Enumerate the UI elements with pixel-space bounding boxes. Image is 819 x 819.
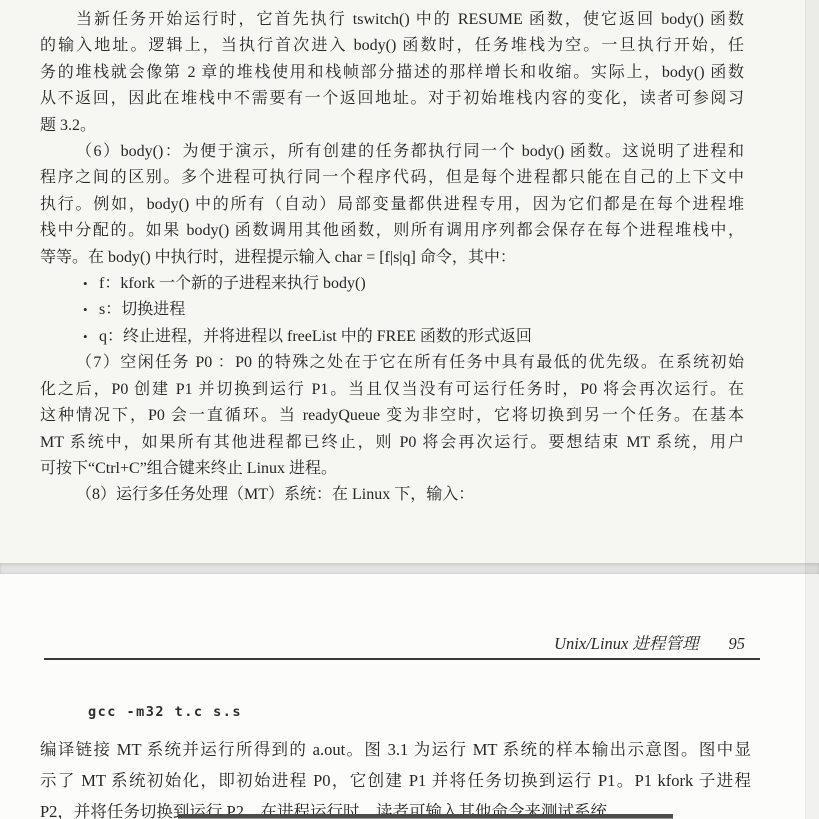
document-viewer: 当新任务开始运行时，它首先执行 tswitch() 中的 RESUME 函数，使… xyxy=(0,0,819,819)
bullet-icon: • xyxy=(83,324,99,350)
bullet-text: s：切换进程 xyxy=(99,297,185,323)
page-gap xyxy=(0,563,819,574)
book-page-95-fragment: Unix/Linux 进程管理 95 gcc -m32 t.c s.s 编译链接… xyxy=(0,574,819,819)
paragraph-compile-link: 编译链接 MT 系统并运行所得到的 a.out。图 3.1 为运行 MT 系统的… xyxy=(40,734,751,819)
paragraph-task-run: 当新任务开始运行时，它首先执行 tswitch() 中的 RESUME 函数，使… xyxy=(40,7,744,139)
book-page-top-fragment: 当新任务开始运行时，它首先执行 tswitch() 中的 RESUME 函数，使… xyxy=(0,0,819,563)
command-bullet-list: • f：kfork 一个新的子进程来执行 body() • s：切换进程 • q… xyxy=(40,271,744,350)
figure-top-border xyxy=(178,814,673,819)
header-rule xyxy=(44,658,760,660)
bullet-text: q：终止进程，并将进程以 freeList 中的 FREE 函数的形式返回 xyxy=(99,324,532,350)
paragraph-item-8-run-mt: （8）运行多任务处理（MT）系统：在 Linux 下，输入： xyxy=(40,482,744,508)
bullet-text: f：kfork 一个新的子进程来执行 body() xyxy=(99,271,366,297)
paragraph-item-6-body: （6）body()：为便于演示，所有创建的任务都执行同一个 body() 函数。… xyxy=(40,139,744,271)
bullet-item-s: • s：切换进程 xyxy=(83,297,744,323)
code-command-gcc: gcc -m32 t.c s.s xyxy=(88,704,751,720)
running-header: Unix/Linux 进程管理 95 xyxy=(40,574,745,654)
bullet-item-q: • q：终止进程，并将进程以 freeList 中的 FREE 函数的形式返回 xyxy=(83,324,744,350)
bullet-icon: • xyxy=(83,297,99,323)
page-number: 95 xyxy=(729,634,746,654)
bullet-item-f: • f：kfork 一个新的子进程来执行 body() xyxy=(83,271,744,297)
bullet-icon: • xyxy=(83,271,99,297)
running-header-title: Unix/Linux 进程管理 xyxy=(554,634,698,654)
paragraph-item-7-idle-task: （7）空闲任务 P0 ：P0 的特殊之处在于它在所有任务中具有最低的优先级。在系… xyxy=(40,350,744,482)
